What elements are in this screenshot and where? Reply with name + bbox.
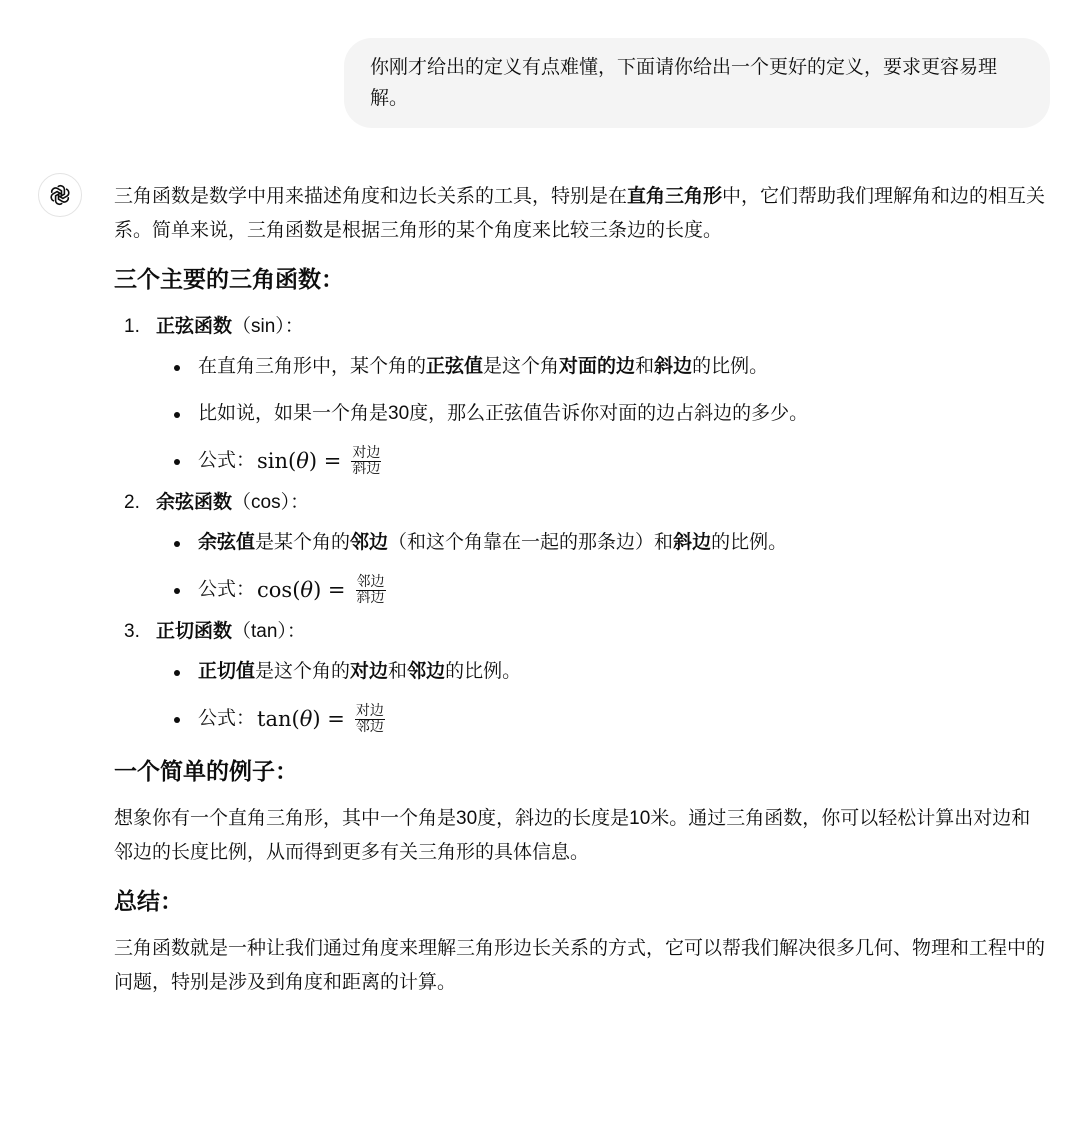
function-bullets: 正切值是这个角的对边和邻边的比例。公式：tan(θ) =对边邻边 <box>114 655 1049 736</box>
bold-term: 正弦值 <box>426 356 483 377</box>
function-item: 3.正切函数（tan）： <box>114 615 1049 649</box>
bullet-text: 的比例。 <box>445 661 521 682</box>
bullet-text: 在直角三角形中，某个角的 <box>198 356 426 377</box>
denominator: 斜边 <box>351 462 381 477</box>
function-abbrev: （sin）： <box>232 316 304 337</box>
formula-lhs: sin(θ) = <box>257 444 341 478</box>
function-item: 1.正弦函数（sin）： <box>114 310 1049 344</box>
assistant-avatar <box>38 173 82 217</box>
fraction: 对边斜边 <box>351 446 381 477</box>
bold-term: 正切值 <box>198 661 255 682</box>
bold-term: 斜边 <box>673 532 711 553</box>
functions-list: 1.正弦函数（sin）：在直角三角形中，某个角的正弦值是这个角对面的边和斜边的比… <box>114 310 1049 736</box>
denominator: 斜边 <box>356 591 386 606</box>
bold-term: 斜边 <box>654 356 692 377</box>
denominator: 邻边 <box>355 720 385 735</box>
bullet-text: 的比例。 <box>711 532 787 553</box>
bullet-text: 和 <box>388 661 407 682</box>
openai-logo-icon <box>48 183 72 207</box>
heading-main-functions: 三个主要的三角函数： <box>114 262 1049 296</box>
bold-term: 对边 <box>350 661 388 682</box>
function-symbol: sin <box>257 449 288 473</box>
function-item: 2.余弦函数（cos）： <box>114 486 1049 520</box>
intro-bold: 直角三角形 <box>627 186 722 207</box>
list-number: 2. <box>124 486 140 520</box>
function-name: 正切函数 <box>156 621 232 642</box>
assistant-message: 三角函数是数学中用来描述角度和边长关系的工具，特别是在直角三角形中，它们帮助我们… <box>114 180 1049 1000</box>
heading-example: 一个简单的例子： <box>114 754 1049 788</box>
bullet-item: 比如说，如果一个角是30度，那么正弦值告诉你对面的边占斜边的多少。 <box>114 397 1049 431</box>
formula-item: 公式：cos(θ) =邻边斜边 <box>114 573 1049 607</box>
function-title: 正弦函数（sin）： <box>156 310 1049 344</box>
bullet-item: 正切值是这个角的对边和邻边的比例。 <box>114 655 1049 689</box>
summary-paragraph: 三角函数就是一种让我们通过角度来理解三角形边长关系的方式，它可以帮我们解决很多几… <box>114 932 1049 1000</box>
bullet-text: 比如说，如果一个角是30度，那么正弦值告诉你对面的边占斜边的多少。 <box>198 403 808 424</box>
formula-item: 公式：tan(θ) =对边邻边 <box>114 702 1049 736</box>
example-paragraph: 想象你有一个直角三角形，其中一个角是30度，斜边的长度是10米。通过三角函数，你… <box>114 802 1049 870</box>
function-title: 正切函数（tan）： <box>156 615 1049 649</box>
heading-summary: 总结： <box>114 884 1049 918</box>
function-name: 余弦函数 <box>156 492 232 513</box>
bullet-text: 的比例。 <box>692 356 768 377</box>
formula-lhs: tan(θ) = <box>257 702 345 736</box>
intro-text: 三角函数是数学中用来描述角度和边长关系的工具，特别是在 <box>114 186 627 207</box>
variable-theta: θ <box>300 707 313 731</box>
intro-paragraph: 三角函数是数学中用来描述角度和边长关系的工具，特别是在直角三角形中，它们帮助我们… <box>114 180 1049 248</box>
formula-label: 公式： <box>198 444 255 478</box>
function-bullets: 在直角三角形中，某个角的正弦值是这个角对面的边和斜边的比例。比如说，如果一个角是… <box>114 350 1049 478</box>
variable-theta: θ <box>296 449 309 473</box>
function-symbol: cos <box>257 578 292 602</box>
formula: 公式：tan(θ) =对边邻边 <box>198 702 385 736</box>
formula-label: 公式： <box>198 702 255 736</box>
formula-item: 公式：sin(θ) =对边斜边 <box>114 444 1049 478</box>
bold-term: 邻边 <box>350 532 388 553</box>
user-message-bubble: 你刚才给出的定义有点难懂，下面请你给出一个更好的定义，要求更容易理解。 <box>344 38 1050 128</box>
bullet-text: （和这个角靠在一起的那条边）和 <box>388 532 673 553</box>
formula-label: 公式： <box>198 573 255 607</box>
numerator: 对边 <box>355 704 385 720</box>
variable-theta: θ <box>300 578 313 602</box>
function-symbol: tan <box>257 707 291 731</box>
bullet-text: 是某个角的 <box>255 532 350 553</box>
function-name: 正弦函数 <box>156 316 232 337</box>
fraction: 邻边斜边 <box>356 575 386 606</box>
numerator: 对边 <box>351 446 381 462</box>
bullet-text: 和 <box>635 356 654 377</box>
formula: 公式：sin(θ) =对边斜边 <box>198 444 381 478</box>
fraction: 对边邻边 <box>355 704 385 735</box>
bold-term: 邻边 <box>407 661 445 682</box>
formula-lhs: cos(θ) = <box>257 573 346 607</box>
bullet-item: 余弦值是某个角的邻边（和这个角靠在一起的那条边）和斜边的比例。 <box>114 526 1049 560</box>
bullet-item: 在直角三角形中，某个角的正弦值是这个角对面的边和斜边的比例。 <box>114 350 1049 384</box>
function-title: 余弦函数（cos）： <box>156 486 1049 520</box>
bullet-text: 是这个角 <box>483 356 559 377</box>
function-abbrev: （cos）： <box>232 492 309 513</box>
formula: 公式：cos(θ) =邻边斜边 <box>198 573 386 607</box>
list-number: 3. <box>124 615 140 649</box>
function-bullets: 余弦值是某个角的邻边（和这个角靠在一起的那条边）和斜边的比例。公式：cos(θ)… <box>114 526 1049 607</box>
user-message-row: 你刚才给出的定义有点难懂，下面请你给出一个更好的定义，要求更容易理解。 <box>344 38 1050 128</box>
bullet-text: 是这个角的 <box>255 661 350 682</box>
bold-term: 余弦值 <box>198 532 255 553</box>
list-number: 1. <box>124 310 140 344</box>
bold-term: 对面的边 <box>559 356 635 377</box>
numerator: 邻边 <box>356 575 386 591</box>
chat-page: 你刚才给出的定义有点难懂，下面请你给出一个更好的定义，要求更容易理解。 三角函数… <box>0 0 1080 1140</box>
function-abbrev: （tan）： <box>232 621 306 642</box>
